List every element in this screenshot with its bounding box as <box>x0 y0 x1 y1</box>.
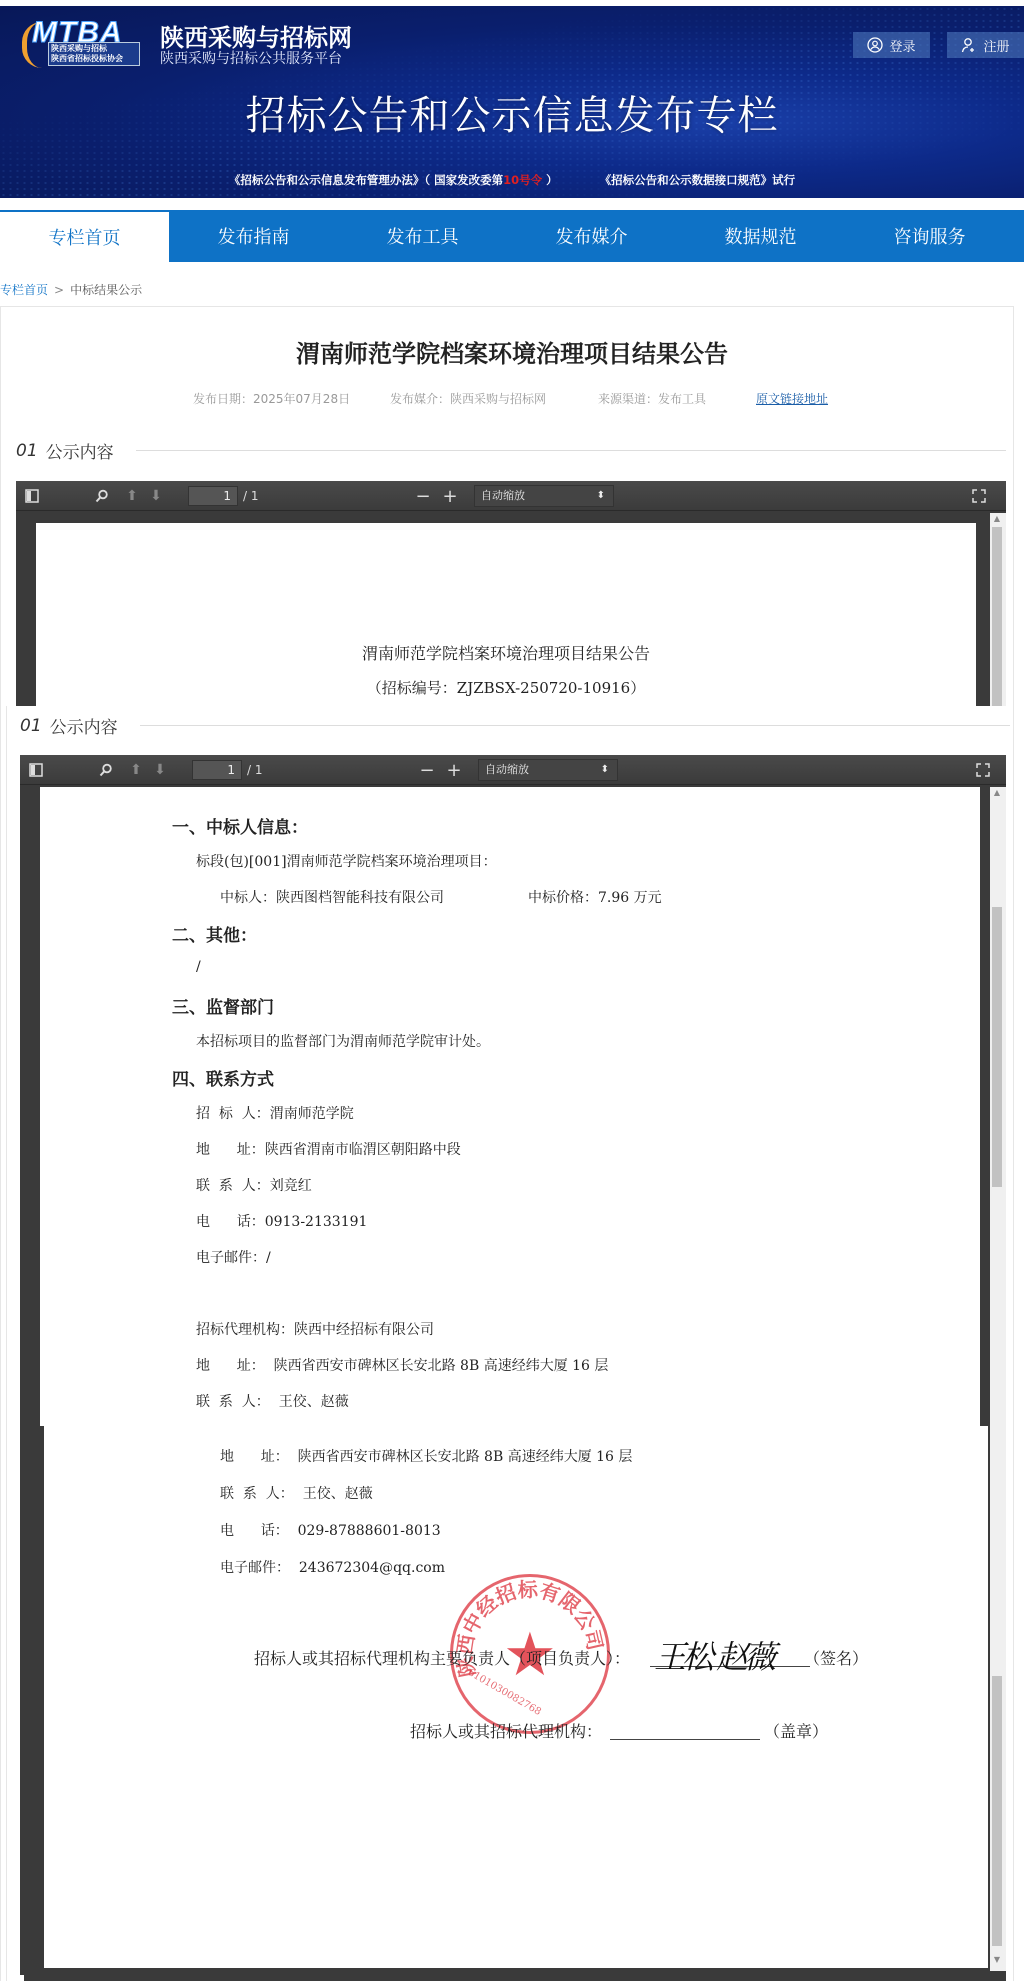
sidebar-toggle-icon[interactable] <box>28 762 44 778</box>
pdf-scrollbar[interactable]: ▲ <box>990 513 1006 706</box>
publish-media: 发布媒介：陕西采购与招标网 <box>390 390 546 407</box>
doc-tenderer-phone: 电 话：0913-2133191 <box>196 1211 367 1231</box>
site-logo[interactable]: MTBA 陕西采购与招标陕西省招标投标协会 <box>22 16 150 68</box>
doc-tenderer-contact: 联 系 人：刘竞红 <box>196 1175 312 1195</box>
doc-section-other: 二、其他： <box>172 921 257 946</box>
doc-tenderer-email: 电子邮件：/ <box>196 1247 271 1267</box>
notice-order-number: 10号令 <box>503 173 542 187</box>
select-arrow-icon: ⬍ <box>601 760 609 780</box>
site-subtitle: 陕西采购与招标公共服务平台 <box>160 48 342 68</box>
nav-tab-tools[interactable]: 发布工具 <box>338 210 507 262</box>
fullscreen-icon[interactable] <box>971 488 987 504</box>
breadcrumb-current: 中标结果公示 <box>70 283 142 297</box>
section-label: 公示内容 <box>46 438 114 463</box>
zoom-select[interactable]: 自动缩放⬍ <box>478 759 618 781</box>
publish-date: 发布日期：2025年07月28日 <box>193 390 350 407</box>
logo-subtext: 陕西采购与招标陕西省招标投标协会 <box>48 42 140 66</box>
scroll-thumb[interactable] <box>992 907 1002 1187</box>
main-nav: 专栏首页 发布指南 发布工具 发布媒介 数据规范 咨询服务 <box>0 210 1024 262</box>
pdf-scrollbar[interactable]: ▼ <box>990 1426 1006 1971</box>
page-total: / 1 <box>247 763 263 777</box>
fullscreen-icon[interactable] <box>975 762 991 778</box>
pdf-page: 渭南师范学院档案环境治理项目结果公告 （招标编号：ZJZBSX-250720-1… <box>36 523 976 706</box>
pdf-page-lower: 地 址： 陕西省西安市碑林区长安北路 8B 高速经纬大厦 16 层 联 系 人：… <box>44 1426 988 1968</box>
source-channel: 来源渠道：发布工具 <box>598 390 706 407</box>
nav-tab-media[interactable]: 发布媒介 <box>507 210 676 262</box>
nav-tab-home[interactable]: 专栏首页 <box>0 210 169 262</box>
search-icon[interactable] <box>94 488 110 504</box>
zoom-select-value: 自动缩放 <box>481 489 525 502</box>
breadcrumb: 专栏首页>中标结果公示 <box>0 281 142 298</box>
page-number-input[interactable]: 1 <box>188 486 238 506</box>
doc-section-winner: 一、中标人信息： <box>172 813 308 838</box>
nav-tab-data-spec[interactable]: 数据规范 <box>676 210 845 262</box>
doc-title: 渭南师范学院档案环境治理项目结果公告 <box>36 641 976 664</box>
section-rule <box>136 450 1006 451</box>
doc-other-value: / <box>196 959 201 975</box>
doc-tender-code: （招标编号：ZJZBSX-250720-10916） <box>36 677 976 698</box>
section-heading-repeat: 01 公示内容 <box>20 713 1010 738</box>
zoom-select-value: 自动缩放 <box>485 763 529 776</box>
doc-winner-name: 中标人：陕西图档智能科技有限公司 <box>220 887 444 907</box>
section-number: 01 <box>16 441 38 461</box>
doc-sign-line: 招标人或其招标代理机构主要负责人（项目负责人）： <box>254 1646 630 1669</box>
doc-seal-suffix: （盖章） <box>764 1719 828 1742</box>
doc-agency: 招标代理机构：陕西中经招标有限公司 <box>196 1319 434 1339</box>
notice-spec-title: 《招标公告和公示数据接口规范》试行 <box>600 173 796 187</box>
doc-winning-price: 中标价格：7.96 万元 <box>528 887 662 907</box>
doc-lot: 标段(包)[001]渭南师范学院档案环境治理项目： <box>196 851 497 871</box>
doc-agency-email: 电子邮件： 243672304@qq.com <box>220 1557 445 1577</box>
banner-title: 招标公告和公示信息发布专栏 <box>0 84 1024 141</box>
page-number-input[interactable]: 1 <box>192 760 242 780</box>
page-total: / 1 <box>243 489 259 503</box>
zoom-out-button[interactable]: − <box>415 488 431 504</box>
zoom-out-button[interactable]: − <box>419 762 435 778</box>
doc-section-contact: 四、联系方式 <box>172 1065 274 1090</box>
scroll-thumb[interactable] <box>992 527 1002 706</box>
notice-law-title: 《招标公告和公示信息发布管理办法》（ 国家发改委第 <box>229 173 503 187</box>
doc-seal-line: 招标人或其招标代理机构： <box>410 1719 602 1742</box>
scroll-up-icon[interactable]: ▲ <box>990 787 1004 799</box>
register-button[interactable]: 注册 <box>947 32 1024 58</box>
doc-tenderer-address: 地 址：陕西省渭南市临渭区朝阳路中段 <box>196 1139 461 1159</box>
select-arrow-icon: ⬍ <box>597 486 605 506</box>
original-link[interactable]: 原文链接地址 <box>756 390 828 407</box>
doc-agency-phone: 电 话： 029-87888601-8013 <box>220 1520 441 1540</box>
pdf-toolbar: ⬆ ⬇ 1 / 1 − + 自动缩放⬍ <box>16 481 1006 511</box>
previous-page-icon[interactable]: ⬆ <box>128 762 144 778</box>
doc-agency-contact: 联 系 人： 王佼、赵薇 <box>196 1391 349 1411</box>
previous-page-icon[interactable]: ⬆ <box>124 488 140 504</box>
section-rule <box>140 725 1010 726</box>
banner-notice: 《招标公告和公示信息发布管理办法》（ 国家发改委第10号令 ） 《招标公告和公示… <box>0 172 1024 188</box>
register-label: 注册 <box>983 36 1009 55</box>
next-page-icon[interactable]: ⬇ <box>152 762 168 778</box>
handwritten-signature: 王松 赵薇 <box>654 1632 772 1678</box>
zoom-select[interactable]: 自动缩放⬍ <box>474 485 614 507</box>
notice-close-paren: ） <box>542 173 558 187</box>
doc-supervision-text: 本招标项目的监督部门为渭南师范学院审计处。 <box>196 1031 490 1051</box>
scroll-down-icon[interactable]: ▼ <box>990 1954 1004 1966</box>
pdf-viewer-lower: 地 址： 陕西省西安市碑林区长安北路 8B 高速经纬大厦 16 层 联 系 人：… <box>24 1426 1006 1981</box>
login-button[interactable]: 登录 <box>853 32 930 58</box>
doc-agency-contact: 联 系 人： 王佼、赵薇 <box>220 1483 373 1503</box>
zoom-in-button[interactable]: + <box>442 488 458 504</box>
doc-tenderer: 招 标 人：渭南师范学院 <box>196 1103 354 1123</box>
next-page-icon[interactable]: ⬇ <box>148 488 164 504</box>
pdf-toolbar: ⬆ ⬇ 1 / 1 − + 自动缩放⬍ <box>20 755 1006 785</box>
section-label: 公示内容 <box>50 713 118 738</box>
doc-agency-address: 地 址： 陕西省西安市碑林区长安北路 8B 高速经纬大厦 16 层 <box>196 1355 608 1375</box>
section-heading: 01 公示内容 <box>16 438 1006 463</box>
login-label: 登录 <box>889 36 915 55</box>
seal-underline <box>610 1739 760 1740</box>
doc-sign-suffix: （签名） <box>804 1646 868 1669</box>
user-circle-icon <box>867 37 883 53</box>
doc-section-supervision: 三、监督部门 <box>172 993 274 1018</box>
search-icon[interactable] <box>98 762 114 778</box>
user-add-icon <box>961 37 977 53</box>
sidebar-toggle-icon[interactable] <box>24 488 40 504</box>
zoom-in-button[interactable]: + <box>446 762 462 778</box>
nav-tab-guide[interactable]: 发布指南 <box>169 210 338 262</box>
doc-agency-address: 地 址： 陕西省西安市碑林区长安北路 8B 高速经纬大厦 16 层 <box>220 1446 632 1466</box>
breadcrumb-separator: > <box>54 283 64 297</box>
scroll-thumb[interactable] <box>992 1676 1002 1946</box>
nav-tab-consulting[interactable]: 咨询服务 <box>845 210 1014 262</box>
pdf-viewer: ⬆ ⬇ 1 / 1 − + 自动缩放⬍ 渭南师范学院档案环境治理项目结果公告 （… <box>16 481 1006 706</box>
header-banner: MTBA 陕西采购与招标陕西省招标投标协会 陕西采购与招标网 陕西采购与招标公共… <box>0 6 1024 198</box>
article-title: 渭南师范学院档案环境治理项目结果公告 <box>0 334 1024 369</box>
breadcrumb-home[interactable]: 专栏首页 <box>0 283 48 297</box>
section-number: 01 <box>20 716 42 736</box>
scroll-up-icon[interactable]: ▲ <box>990 513 1004 525</box>
